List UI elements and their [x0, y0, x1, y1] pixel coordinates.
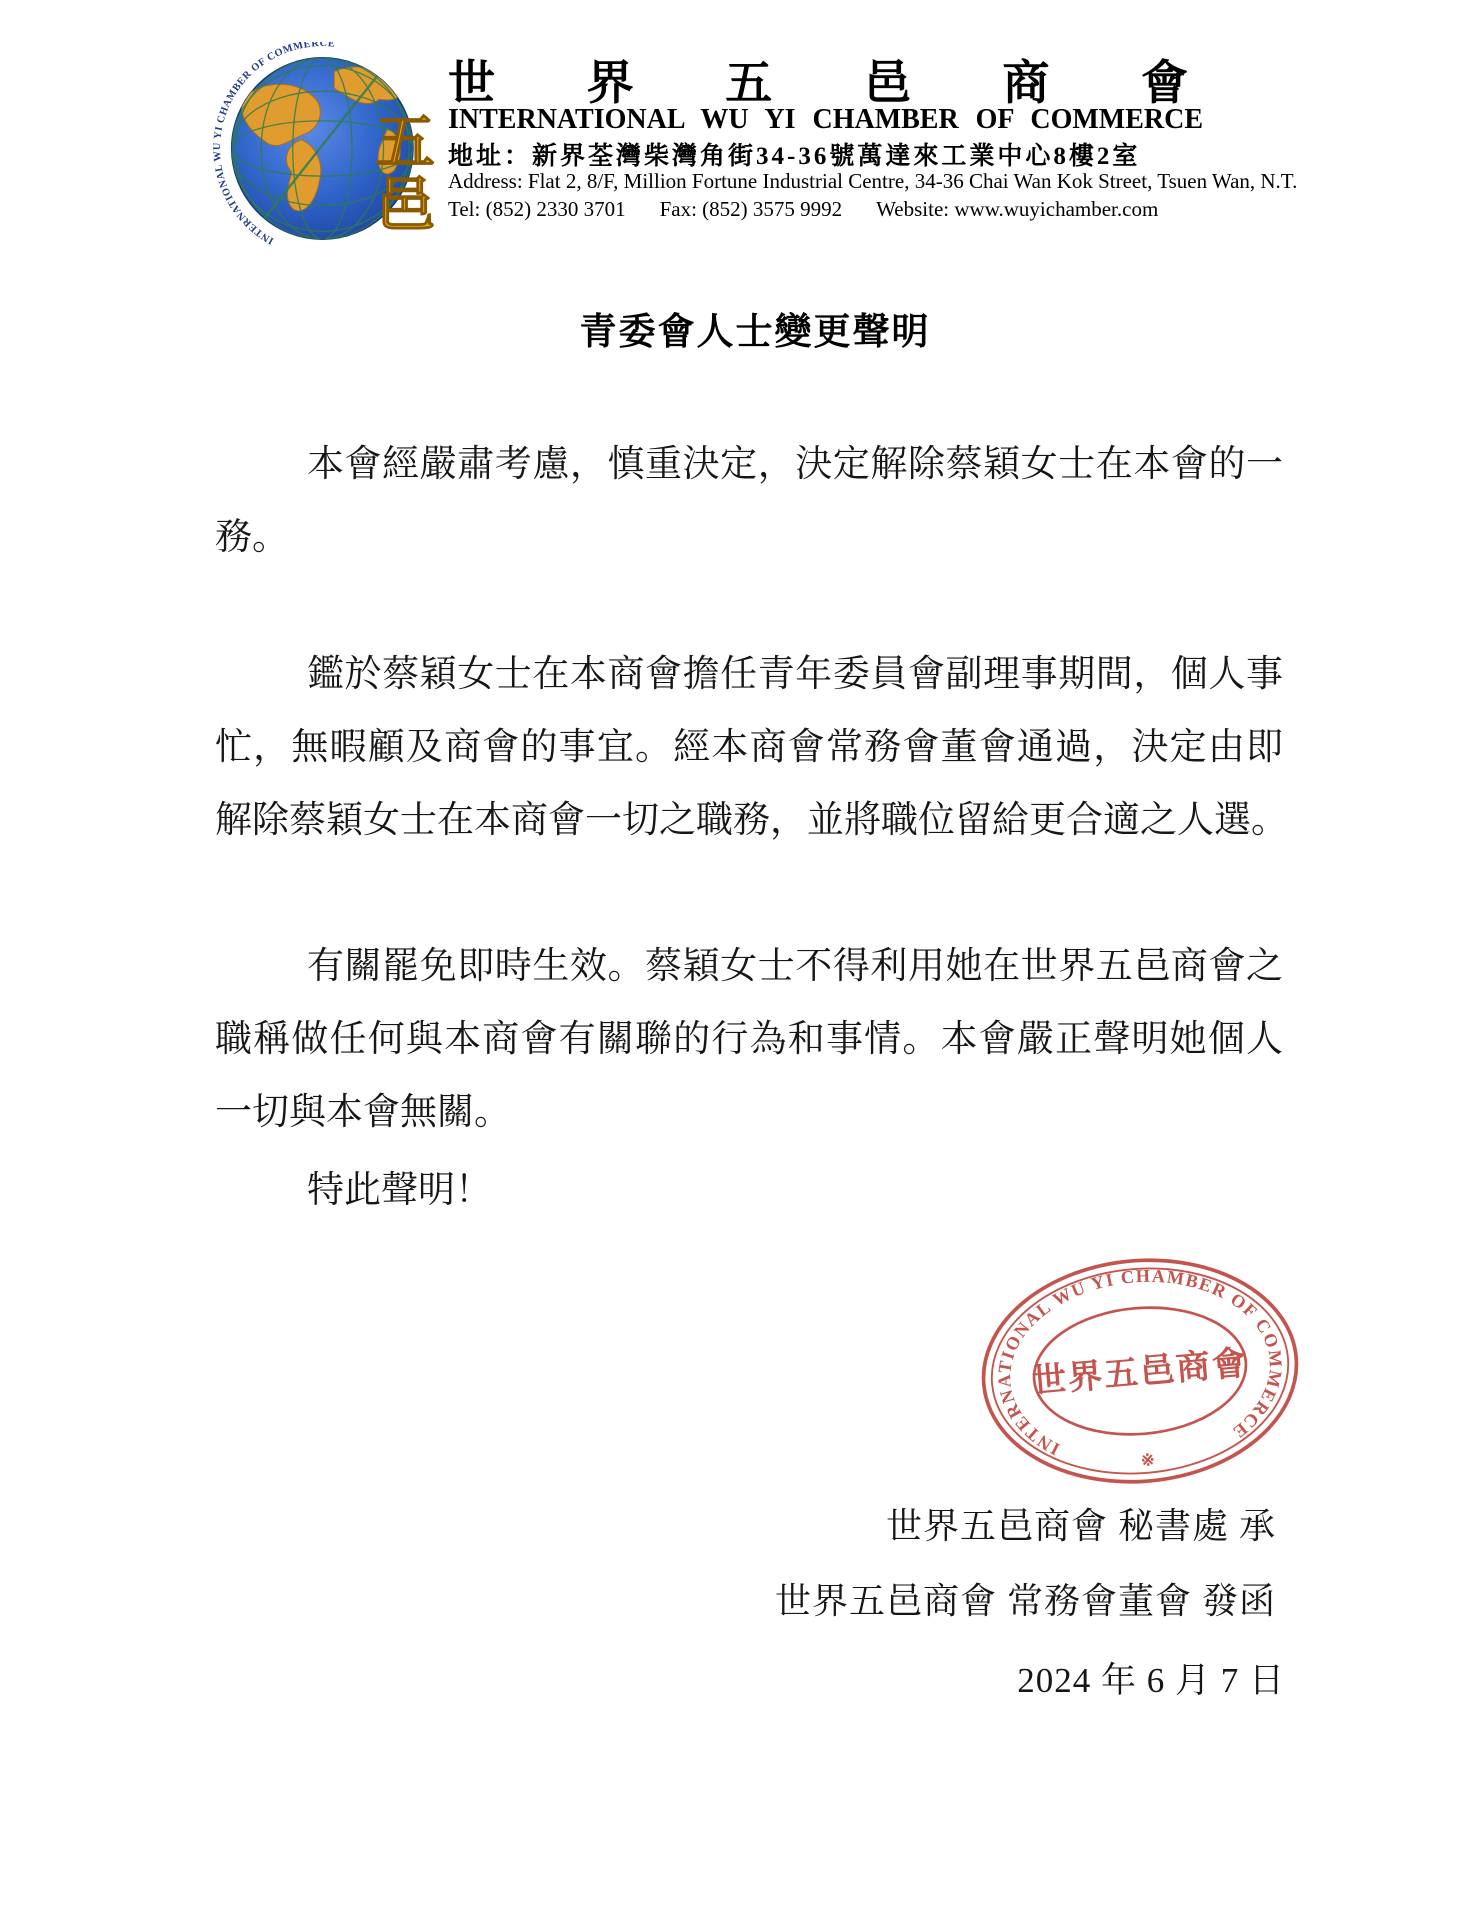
official-seal-svg: INTERNATIONAL WU YI CHAMBER OF COMMERCE …	[965, 1238, 1314, 1504]
paragraph-2-line-3: 解除蔡穎女士在本商會一切之職務，並將職位留給更合適之人選。	[215, 784, 1283, 857]
logo-char-wu: 五	[376, 109, 435, 175]
website-label: Website: www.wuyichamber.com	[876, 197, 1158, 222]
signature-secretariat: 世界五邑商會 秘書處 承	[886, 1498, 1276, 1549]
seal-bottom-symbol: ※	[1140, 1450, 1155, 1470]
seal-center-text: 世界五邑商會	[1031, 1344, 1250, 1401]
paragraph-3-line-2: 職稱做任何與本商會有關聯的行為和事情。本會嚴正聲明她個人所做	[215, 1003, 1283, 1076]
paragraph-3-line-1: 有關罷免即時生效。蔡穎女士不得利用她在世界五邑商會之前的	[215, 930, 1283, 1003]
globe-logo-svg: INTERNATIONAL WU YI CHAMBER OF COMMERCE …	[186, 42, 438, 254]
org-name-english: INTERNATIONAL WU YI CHAMBER OF COMMERCE	[448, 104, 1203, 136]
tel-label: Tel: (852) 2330 3701	[448, 197, 626, 222]
paragraph-1: 本會經嚴肅考慮，慎重決定，決定解除蔡穎女士在本會的一切職 務。	[215, 428, 1283, 574]
paragraph-2: 鑑於蔡穎女士在本商會擔任青年委員會副理事期間，個人事務繁 忙，無暇顧及商會的事宜…	[215, 638, 1283, 857]
document-title: 青委會人士變更聲明	[220, 301, 1290, 355]
paragraph-3-line-3: 一切與本會無關。	[215, 1076, 1283, 1149]
chamber-globe-logo: INTERNATIONAL WU YI CHAMBER OF COMMERCE …	[186, 42, 438, 254]
closing-statement: 特此聲明！	[215, 1154, 1375, 1227]
address-english: Address: Flat 2, 8/F, Million Fortune In…	[448, 169, 1218, 194]
contact-row: Tel: (852) 2330 3701 Fax: (852) 3575 999…	[448, 197, 1218, 222]
letter-page: INTERNATIONAL WU YI CHAMBER OF COMMERCE …	[0, 0, 1483, 1920]
address-chinese: 地址：新界荃灣柴灣角街34-36號萬達來工業中心8樓2室	[448, 136, 1218, 172]
org-name-chinese: 世界五邑商會	[448, 46, 1188, 113]
paragraph-3: 有關罷免即時生效。蔡穎女士不得利用她在世界五邑商會之前的 職稱做任何與本商會有關…	[215, 930, 1283, 1149]
fax-label: Fax: (852) 3575 9992	[660, 197, 843, 222]
logo-char-yi: 邑	[376, 172, 435, 238]
paragraph-2-line-1: 鑑於蔡穎女士在本商會擔任青年委員會副理事期間，個人事務繁	[215, 638, 1283, 711]
paragraph-2-line-2: 忙，無暇顧及商會的事宜。經本商會常務會董會通過，決定由即日起	[215, 711, 1283, 784]
paragraph-1-line-1: 本會經嚴肅考慮，慎重決定，決定解除蔡穎女士在本會的一切職	[215, 428, 1283, 501]
paragraph-1-line-2: 務。	[215, 501, 1283, 574]
official-seal: INTERNATIONAL WU YI CHAMBER OF COMMERCE …	[965, 1238, 1314, 1504]
signature-date: 2024 年 6 月 7 日	[1017, 1653, 1285, 1703]
signature-board: 世界五邑商會 常務會董會 發函	[775, 1573, 1276, 1624]
